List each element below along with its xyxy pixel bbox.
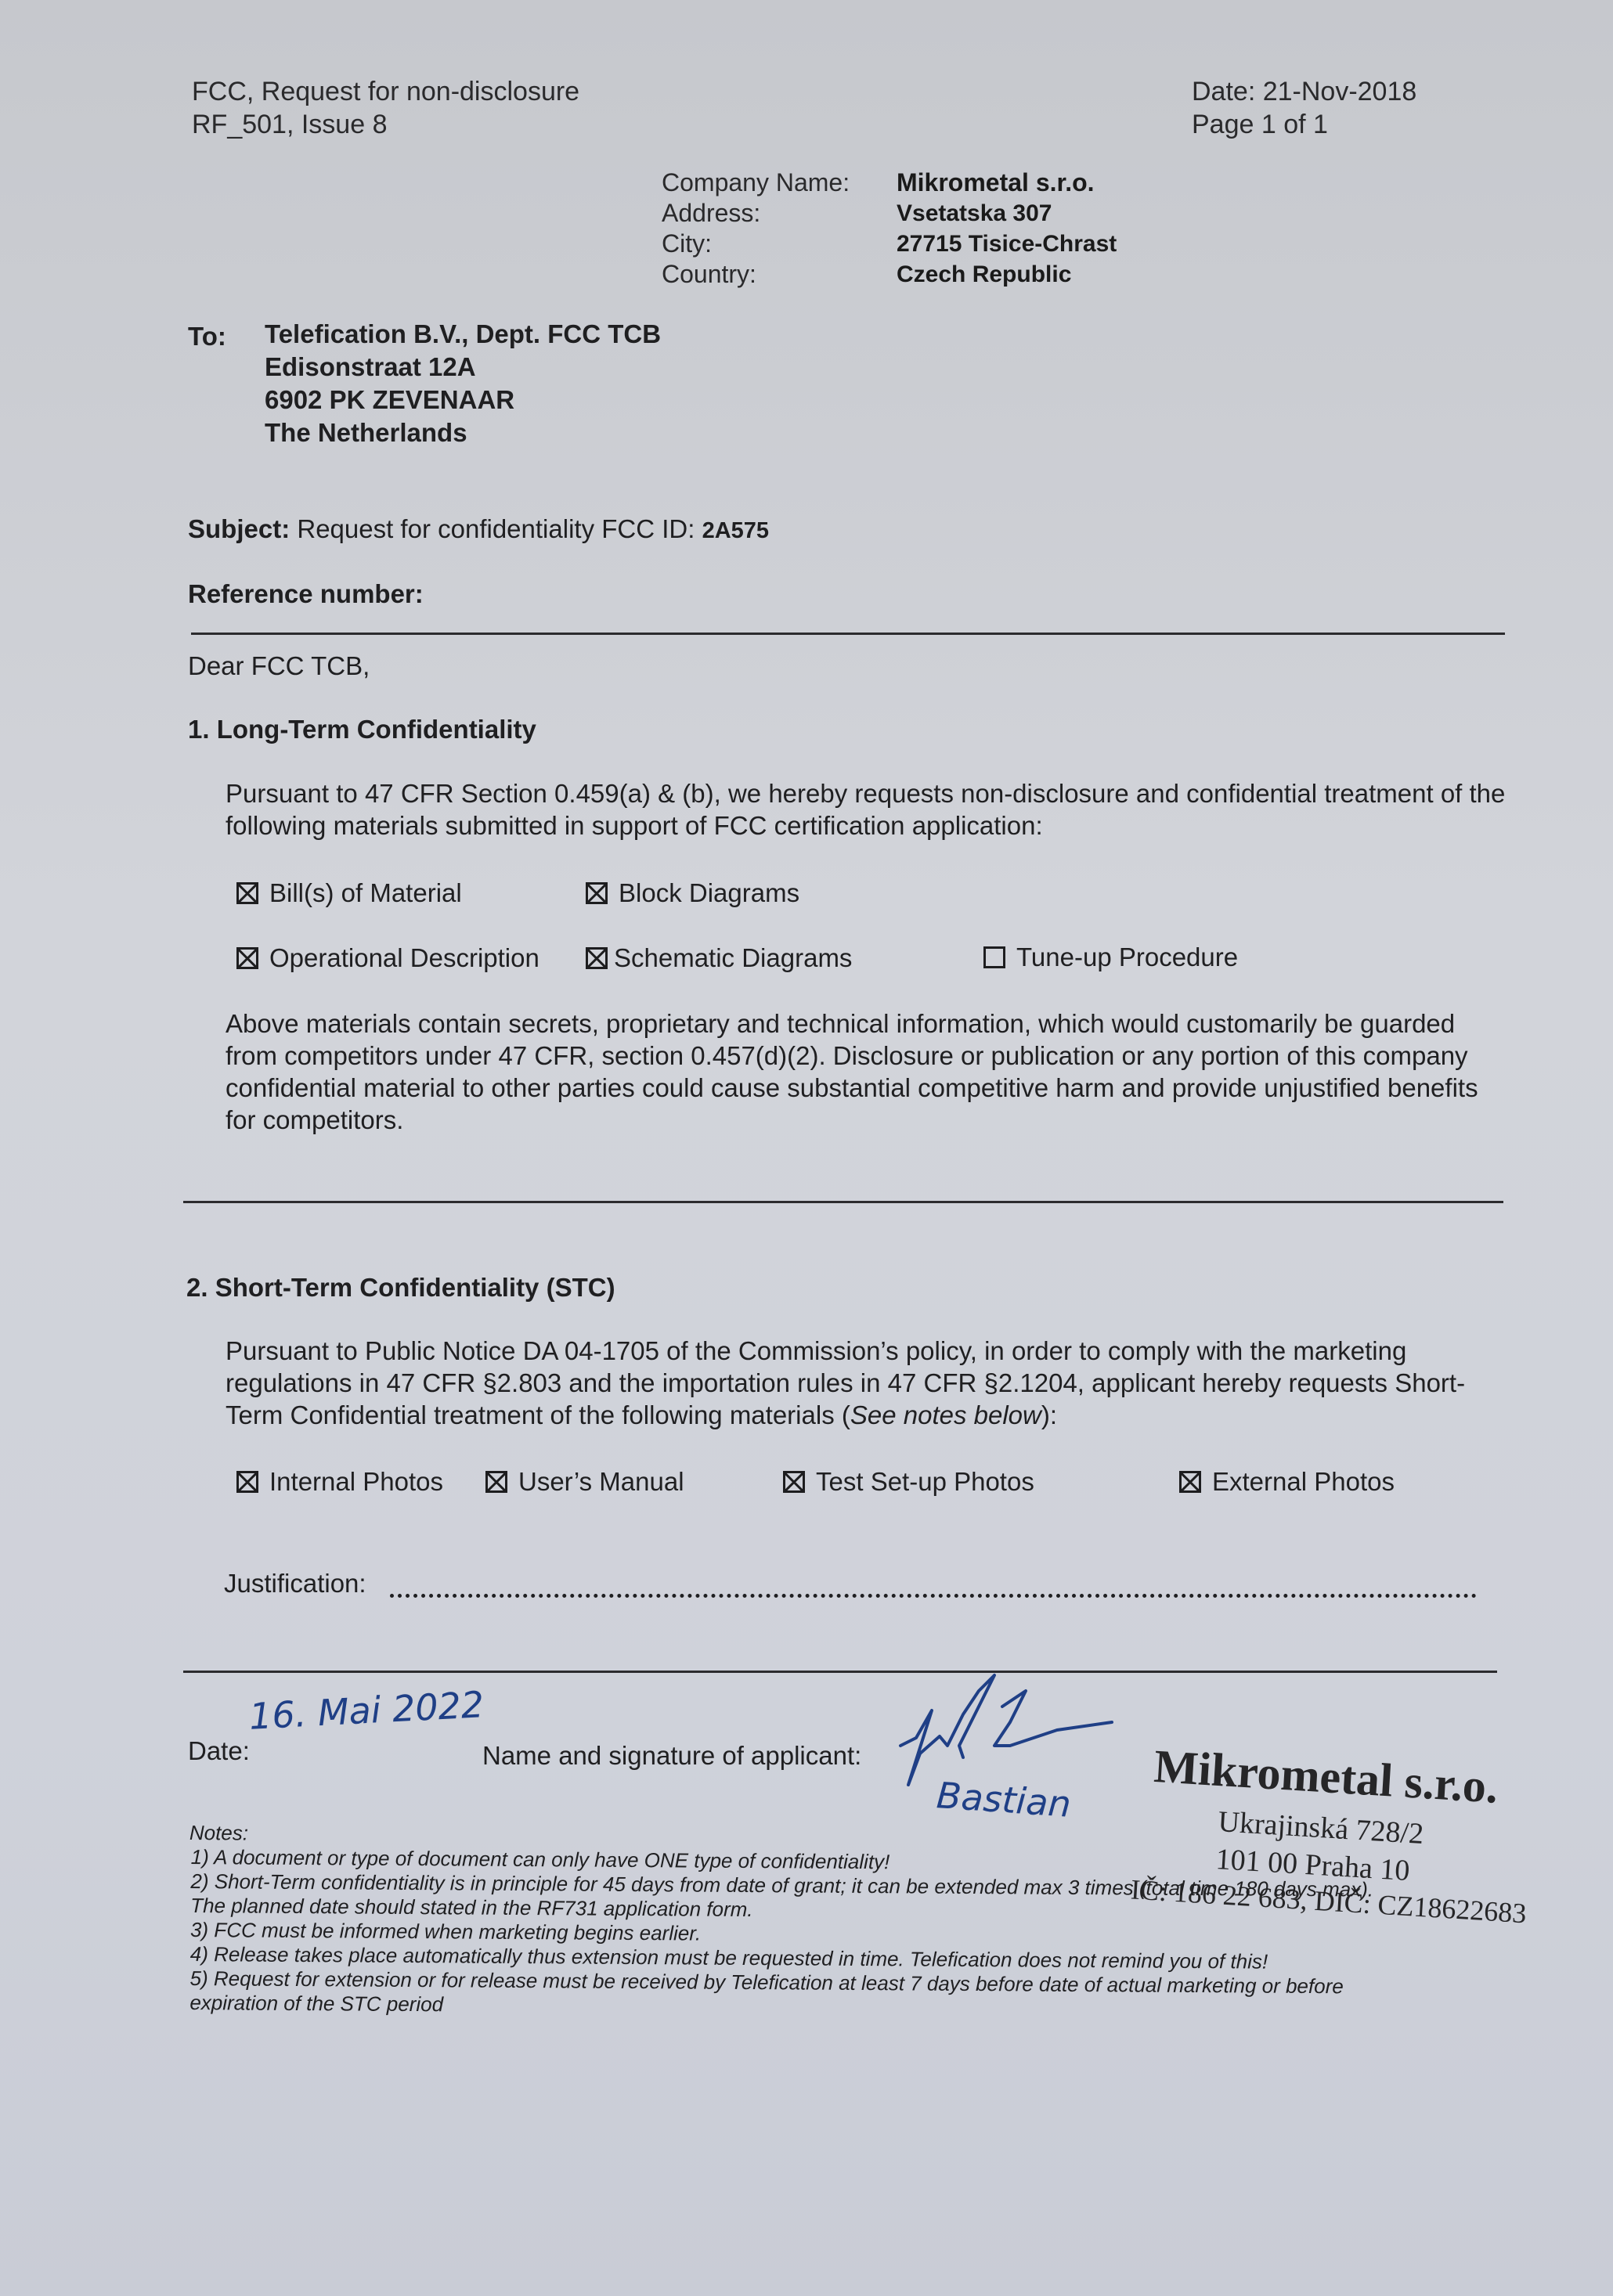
checkbox-bill-of-material[interactable]: Bill(s) of Material	[236, 878, 462, 908]
checkbox-label: Test Set-up Photos	[816, 1467, 1034, 1497]
company-label: Company Name:	[662, 168, 850, 198]
checkbox-users-manual[interactable]: User’s Manual	[485, 1467, 684, 1497]
checkbox-checked-icon[interactable]	[236, 947, 258, 969]
signature-label: Name and signature of applicant:	[482, 1739, 861, 1772]
note-item: expiration of the STC period	[189, 1991, 443, 2017]
checkbox-label: Tune-up Procedure	[1016, 943, 1238, 972]
handwritten-date: 16. Mai 2022	[248, 1683, 485, 1738]
form-title: FCC, Request for non-disclosure	[192, 75, 579, 108]
see-notes-below: See notes below	[850, 1400, 1041, 1429]
section1-intro: Pursuant to 47 CFR Section 0.459(a) & (b…	[226, 777, 1517, 842]
company-value: Mikrometal s.r.o.	[897, 168, 1095, 198]
subject-line: Subject: Request for confidentiality FCC…	[188, 513, 769, 547]
divider	[183, 1201, 1503, 1203]
address-label: Address:	[662, 198, 760, 229]
recipient-line: 6902 PK ZEVENAAR	[265, 384, 514, 416]
checkbox-unchecked-icon[interactable]	[983, 946, 1005, 968]
checkbox-operational-description[interactable]: Operational Description	[236, 943, 539, 973]
checkbox-checked-icon[interactable]	[1179, 1471, 1201, 1493]
salutation: Dear FCC TCB,	[188, 650, 370, 683]
checkbox-checked-icon[interactable]	[783, 1471, 805, 1493]
checkbox-checked-icon[interactable]	[236, 882, 258, 904]
section2-title: 2. Short-Term Confidentiality (STC)	[186, 1271, 615, 1304]
checkbox-checked-icon[interactable]	[485, 1471, 507, 1493]
checkbox-checked-icon[interactable]	[236, 1471, 258, 1493]
form-date: Date: 21-Nov-2018	[1192, 75, 1416, 108]
checkbox-label: External Photos	[1212, 1467, 1395, 1497]
city-label: City:	[662, 229, 712, 259]
recipient-line: Telefication B.V., Dept. FCC TCB	[265, 318, 661, 351]
divider	[191, 633, 1505, 635]
note-item: The planned date should stated in the RF…	[190, 1894, 753, 1922]
justification-label: Justification:	[224, 1567, 366, 1600]
checkbox-label: Schematic Diagrams	[614, 943, 852, 973]
section2-intro: Pursuant to Public Notice DA 04-1705 of …	[226, 1335, 1510, 1431]
notes-title: Notes:	[189, 1821, 248, 1846]
checkbox-internal-photos[interactable]: Internal Photos	[236, 1467, 443, 1497]
checkbox-label: Internal Photos	[269, 1467, 443, 1497]
checkbox-checked-icon[interactable]	[586, 882, 608, 904]
checkbox-schematic-diagrams[interactable]: Schematic Diagrams	[586, 943, 852, 973]
country-value: Czech Republic	[897, 259, 1071, 290]
divider	[183, 1671, 1497, 1673]
checkbox-label: Operational Description	[269, 943, 539, 973]
page-number: Page 1 of 1	[1192, 108, 1328, 141]
checkbox-tune-up-procedure[interactable]: Tune-up Procedure	[983, 943, 1238, 972]
to-label: To:	[188, 320, 226, 353]
checkbox-label: Block Diagrams	[619, 878, 799, 908]
recipient-line: The Netherlands	[265, 416, 467, 449]
city-value: 27715 Tisice-Chrast	[897, 229, 1117, 259]
date-label: Date:	[188, 1735, 250, 1768]
recipient-line: Edisonstraat 12A	[265, 351, 476, 384]
checkbox-external-photos[interactable]: External Photos	[1179, 1467, 1395, 1497]
checkbox-test-setup-photos[interactable]: Test Set-up Photos	[783, 1467, 1034, 1497]
subject-text: Request for confidentiality FCC ID:	[290, 514, 702, 543]
section2-intro-end: ):	[1041, 1400, 1057, 1429]
checkbox-checked-icon[interactable]	[586, 947, 608, 969]
section1-statement: Above materials contain secrets, proprie…	[226, 1007, 1510, 1136]
section1-title: 1. Long-Term Confidentiality	[188, 713, 536, 746]
checkbox-label: User’s Manual	[518, 1467, 684, 1497]
checkbox-block-diagrams[interactable]: Block Diagrams	[586, 878, 799, 908]
note-item: 3) FCC must be informed when marketing b…	[190, 1918, 701, 1946]
section2-intro-text: Pursuant to Public Notice DA 04-1705 of …	[226, 1336, 1465, 1429]
checkbox-label: Bill(s) of Material	[269, 878, 462, 908]
fcc-id: 2A575	[702, 518, 769, 543]
justification-field[interactable]	[390, 1594, 1477, 1598]
country-label: Country:	[662, 259, 756, 290]
address-value: Vsetatska 307	[897, 198, 1052, 229]
form-issue: RF_501, Issue 8	[192, 108, 387, 141]
reference-label: Reference number:	[188, 578, 424, 611]
subject-label: Subject:	[188, 514, 290, 543]
handwritten-name: Bastian	[935, 1774, 1072, 1826]
stamp-company: Mikrometal s.r.o.	[1153, 1739, 1499, 1815]
